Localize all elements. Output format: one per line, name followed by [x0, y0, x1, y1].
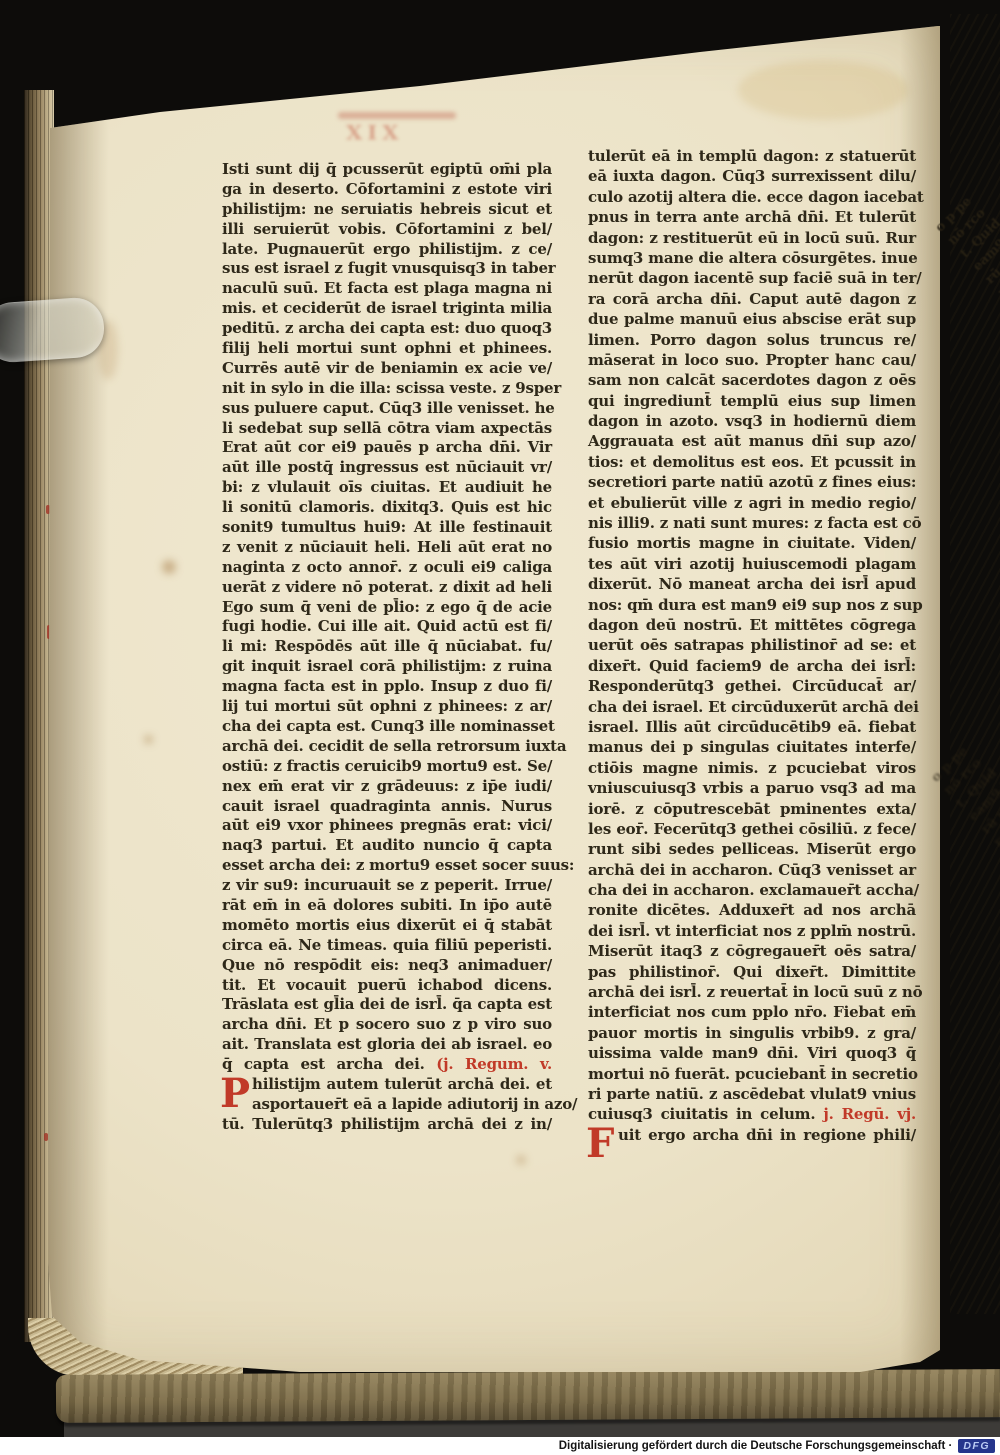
line-text: Aggrauata est aūt manus dn̄i sup azo/	[588, 432, 916, 450]
text-line: naculū suū. Et facta est plaga magna ni	[222, 279, 552, 299]
line-text: dixer̄t. Quid faciem9 de archa dei isrl̄…	[588, 657, 916, 675]
text-line: q̄ capta est archa dei. (j. Regum. v.	[222, 1055, 552, 1075]
stain-spot	[144, 735, 153, 744]
line-text: q̄ capta est archa dei.	[222, 1055, 436, 1073]
text-line: pauor mortis in singulis vrbib9. z gra/	[588, 1023, 916, 1043]
text-line: cuiusq3 ciuitatis in celum. j. Regū. vj.	[588, 1104, 916, 1124]
stain-spot	[162, 560, 176, 574]
text-line: li sonitū clamoris. dixitq3. Quis est hi…	[222, 498, 552, 518]
line-text: fugi hodie. Cui ille ait. Quid actū est …	[222, 617, 552, 635]
line-text: fusio mortis magne in ciuitate. Viden/	[588, 534, 916, 552]
text-line: vniuscuiusq3 vrbis a paruo vsq3 ad ma	[588, 778, 916, 798]
line-text: philistijm: ne seruiatis hebreis sicut e…	[222, 200, 552, 218]
line-text: hilistijm autem tulerūt archā dei. et	[252, 1075, 552, 1093]
text-line: ga in deserto. Cōfortamini z estote viri	[222, 180, 552, 200]
scanned-book-photo: { "page": { "header_ghost": "XIX", "left…	[0, 0, 1000, 1455]
fore-edge-fragment: o p pe	[932, 57, 1000, 237]
text-line: tes aūt viri azotij huiuscemodi plagam	[588, 554, 916, 574]
text-line: tulerūt eā in templū dagon: z statuerūt	[588, 146, 916, 166]
line-text: dixerūt. Nō maneat archa dei isrl̄ apud	[588, 575, 916, 593]
dfg-logo: DFG	[958, 1439, 995, 1453]
text-line: nex em̄ erat vir z grādeuus: z ip̄e iudi…	[222, 777, 552, 797]
text-line: rāt em̄ in eā dolores subiti. In ip̄o au…	[222, 896, 552, 916]
line-text: tios: et demolitus est eos. Et pcussit i…	[588, 453, 916, 471]
fore-edge-text-fragments: o p penō rcot. Quideam9 Rrū puincrcos fa…	[928, 607, 1000, 981]
fore-edge-fragment: eam9 R	[970, 96, 1000, 276]
text-line: philistijm: ne seruiatis hebreis sicut e…	[222, 200, 552, 220]
line-text: ronite dicētes. Adduxer̄t ad nos archā	[588, 901, 916, 919]
running-head-ghost: XIX	[346, 121, 403, 144]
line-text: asportauer̄t eā a lapide adiutorij in az…	[252, 1095, 577, 1113]
text-line: dei isrl̄. vt interficiat nos z pplm̄ no…	[588, 921, 916, 941]
line-text: sonit9 tumultus hui9: At ille festinauit	[222, 518, 552, 536]
text-line: uerāt z videre nō poterat. z dixit ad he…	[222, 578, 552, 598]
text-line: Miserūt itaq3 z cōgregauer̄t oēs satra/	[588, 941, 916, 961]
line-text: nos: qm̄ dura est man9 ei9 sup nos z sup	[588, 596, 923, 614]
line-text: li mi: Respōdēs aūt ille q̄ nūciabat. fu…	[222, 637, 552, 655]
text-line: sus puluere caput. Cūq3 ille venisset. h…	[222, 399, 552, 419]
line-text: dagon in azoto. vsq3 in hodiernū diem	[588, 412, 916, 430]
text-line: sonit9 tumultus hui9: At ille festinauit	[222, 518, 552, 538]
line-text: illi seruierūt vobis. Cōfortamini z bel/	[222, 220, 552, 238]
line-text: ait. Translata est gloria dei ab israel.…	[222, 1035, 552, 1053]
text-line: et ebulierūt ville z agri in medio regio…	[588, 493, 916, 513]
line-text: Miserūt itaq3 z cōgregauer̄t oēs satra/	[588, 942, 916, 960]
line-text: filij heli mortui sunt ophni et phinees.	[222, 339, 552, 357]
line-text: naculū suū. Et facta est plaga magna ni	[222, 279, 552, 297]
text-line: eā iuxta dagon. Cūq3 surrexissent dilu/	[588, 166, 916, 186]
line-text: sus puluere caput. Cūq3 ille venisset. h…	[222, 399, 555, 417]
text-line: Isti sunt dij q̄ pcusserūt egiptū om̄i p…	[222, 160, 552, 180]
text-line: nis illi9. z nati sunt mures: z facta es…	[588, 513, 916, 533]
fore-edge-fragment: rcos faci	[995, 122, 1000, 302]
text-line: ronite dicētes. Adduxer̄t ad nos archā	[588, 900, 916, 920]
book-page: XIX Isti sunt dij q̄ pcusserūt egiptū om…	[38, 20, 940, 1372]
line-text: nex em̄ erat vir z grādeuus: z ip̄e iudi…	[222, 777, 552, 795]
credit-text: Digitalisierung gefördert durch die Deut…	[559, 1440, 953, 1452]
text-line: ostiū: z fractis ceruicib9 mortu9 est. S…	[222, 757, 552, 777]
text-line: pas philistinor̄. Qui dixer̄t. Dimittite	[588, 962, 916, 982]
line-text: li sedebat sup sellā cōtra viam axpectās	[222, 419, 552, 437]
fore-edge-fragment: t. Quid	[953, 633, 1000, 813]
text-line: Philistijm autem tulerūt archā dei. et	[222, 1075, 552, 1095]
line-text: dagon: z restituerūt eū in locū suū. Rur	[588, 229, 916, 247]
line-text: manus dei p singulas ciuitates interfe/	[588, 738, 916, 756]
text-line: li mi: Respōdēs aūt ille q̄ nūciabat. fu…	[222, 637, 552, 657]
line-text: Trāslata est gl̄ia dei de isrl̄. q̄a cap…	[222, 995, 552, 1013]
book-bottom-board	[56, 1369, 1000, 1423]
text-line: momēto mortis eius dixerūt ei q̄ stabāt	[222, 916, 552, 936]
text-line: uissima valde man9 dn̄i. Viri quoq3 q̄	[588, 1043, 916, 1063]
line-text: culo azotij altera die. ecce dagon iaceb…	[588, 188, 924, 206]
fore-edge-fragment: nō rco	[941, 620, 1000, 800]
text-line: archā dei in accharon. Cūq3 venisset ar	[588, 860, 916, 880]
line-text: qui ingrediunt̄ templū eius sup limen	[588, 392, 916, 410]
text-line: peditū. z archa dei capta est: duo quoq3	[222, 319, 552, 339]
text-line: z vir su9: incuruauit se z peperit. Irru…	[222, 876, 552, 896]
line-text: due palme manuū eius abscise erāt sup	[588, 310, 916, 328]
line-text: Responderūtq3 gethei. Circūducat̄ ar/	[588, 677, 916, 695]
line-text: sus est israel z fugit vnusquisq3 in tab…	[222, 259, 556, 277]
line-text: ri parte natiū. z ascēdebat vlulat9 vniu…	[588, 1085, 916, 1103]
line-text: naq3 partui. Et audito nuncio q̄ capta	[222, 836, 552, 854]
text-line: qui ingrediunt̄ templū eius sup limen	[588, 391, 916, 411]
text-line: filij heli mortui sunt ophni et phinees.	[222, 339, 552, 359]
text-line: cauit israel quadraginta annis. Nurus	[222, 797, 552, 817]
line-text: li sonitū clamoris. dixitq3. Quis est hi…	[222, 498, 552, 516]
line-text: runt sibi sedes pelliceas. Miserūt ergo	[588, 840, 916, 858]
stain-spot	[516, 1155, 526, 1165]
line-text: limen. Porro dagon solus truncus re/	[588, 331, 916, 349]
text-line: israel. Illis aūt circūducētib9 eā. fieb…	[588, 717, 916, 737]
text-line: git inquit israel corā philistijm: z rui…	[222, 657, 552, 677]
line-text: ostiū: z fractis ceruicib9 mortu9 est. S…	[222, 757, 552, 775]
line-text: et ebulierūt ville z agri in medio regio…	[588, 494, 916, 512]
text-line: Trāslata est gl̄ia dei de isrl̄. q̄a cap…	[222, 995, 552, 1015]
edge-red-speck	[44, 1133, 48, 1141]
text-line: sus est israel z fugit vnusquisq3 in tab…	[222, 259, 552, 279]
line-text: aūt ille postq̄ ingressus est nūciauit v…	[222, 458, 552, 476]
line-text: git inquit israel corā philistijm: z rui…	[222, 657, 552, 675]
line-text: māserat in loco suo. Propter hanc cau/	[588, 351, 916, 369]
fore-edge-fragment: o p pe	[928, 607, 1000, 787]
text-line: dagon deū nostrū. Et mittētes cōgrega	[588, 615, 916, 635]
text-line: cha dei capta est. Cunq3 ille nominasset	[222, 717, 552, 737]
text-line: archa dn̄i. Et p socero suo z p viro suo	[222, 1015, 552, 1035]
line-text: vniuscuiusq3 vrbis a paruo vsq3 ad ma	[588, 779, 916, 797]
text-line: ctiōis magne nimis. z pcuciebat viros	[588, 758, 916, 778]
text-line: asportauer̄t eā a lapide adiutorij in az…	[222, 1095, 552, 1115]
text-line: nerūt dagon iacentē sup faciē suā in ter…	[588, 268, 916, 288]
running-head-ghost-smear	[338, 112, 456, 119]
line-text: secretiori parte natiū azotū z fines eiu…	[588, 473, 916, 491]
text-line: bi: z vlulauit oīs ciuitas. Et audiuit h…	[222, 478, 552, 498]
line-text: late. Pugnauerūt ergo philistijm. z ce/	[222, 240, 552, 258]
line-text: mis. et ceciderūt de israel triginta mil…	[222, 299, 552, 317]
line-text: iorē. z cōputrescebāt pminentes exta/	[588, 800, 916, 818]
text-line: lij tui mortui sūt ophni z phinees: z ar…	[222, 697, 552, 717]
fore-edge-fragment: eam9 R	[966, 646, 1000, 826]
text-line: cha dei israel. Et circūduxerūt archā de…	[588, 697, 916, 717]
text-line: dagon: z restituerūt eū in locū suū. Rur	[588, 228, 916, 248]
text-line: les eor̄. Fecerūtq3 gethei cōsiliū. z fe…	[588, 819, 916, 839]
text-line: Que nō respōdit eis: neq3 animaduer/	[222, 956, 552, 976]
line-text: uerāt z videre nō poterat. z dixit ad he…	[222, 578, 552, 596]
text-line: mis. et ceciderūt de israel triginta mil…	[222, 299, 552, 319]
text-line: nit in sylo in die illa: scissa veste. z…	[222, 379, 552, 399]
text-line: fusio mortis magne in ciuitate. Viden/	[588, 533, 916, 553]
text-line: due palme manuū eius abscise erāt sup	[588, 309, 916, 329]
line-text: nis illi9. z nati sunt mures: z facta es…	[588, 514, 921, 532]
text-line: Ego sum q̄ veni de pl̄io: z ego q̄ de ac…	[222, 598, 552, 618]
line-text: Que nō respōdit eis: neq3 animaduer/	[222, 956, 552, 974]
next-page-fore-edge: o p penō rcot. Quideam9 Rrū puincrcos fa…	[928, 14, 1000, 1314]
text-line: iorē. z cōputrescebāt pminentes exta/	[588, 799, 916, 819]
line-text: uissima valde man9 dn̄i. Viri quoq3 q̄	[588, 1044, 916, 1062]
line-text: ra corā archa dn̄i. Caput autē dagon z	[588, 290, 916, 308]
text-line: Fuit ergo archa dn̄i in regione phili/	[588, 1125, 916, 1145]
text-line: circa eā. Ne timeas. quia filiū peperist…	[222, 936, 552, 956]
line-text: pas philistinor̄. Qui dixer̄t. Dimittite	[588, 963, 916, 981]
line-text: cha dei in accharon. exclamauer̄t accha/	[588, 881, 919, 899]
text-line: tios: et demolitus est eos. Et pcussit i…	[588, 452, 916, 472]
text-line: mortui nō fuerāt. pcuciebant̄ in secreti…	[588, 1064, 916, 1084]
line-text: sumq3 mane die altera cōsurgētes. inue	[588, 249, 918, 267]
line-text: peditū. z archa dei capta est: duo quoq3	[222, 319, 552, 337]
line-text: Isti sunt dij q̄ pcusserūt egiptū om̄i p…	[222, 160, 552, 178]
line-text: israel. Illis aūt circūducētib9 eā. fieb…	[588, 718, 916, 736]
text-line: esset archa dei: z mortu9 esset socer su…	[222, 856, 552, 876]
line-text: momēto mortis eius dixerūt ei q̄ stabāt	[222, 916, 552, 934]
line-text: mortui nō fuerāt. pcuciebant̄ in secreti…	[588, 1065, 918, 1083]
fore-edge-fragment: nō rco	[945, 70, 1000, 250]
text-line: runt sibi sedes pelliceas. Miserūt ergo	[588, 839, 916, 859]
text-line: ra corā archa dn̄i. Caput autē dagon z	[588, 289, 916, 309]
line-text: nerūt dagon iacentē sup faciē suā in ter…	[588, 269, 922, 287]
line-text: dei isrl̄. vt interficiat nos z pplm̄ no…	[588, 922, 916, 940]
line-text: lij tui mortui sūt ophni z phinees: z ar…	[222, 697, 552, 715]
fore-edge-fragment: rcos faci	[991, 672, 1000, 852]
text-line: sumq3 mane die altera cōsurgētes. inue	[588, 248, 916, 268]
line-text: cha dei israel. Et circūduxerūt archā de…	[588, 698, 919, 716]
line-text: tulerūt eā in templū dagon: z statuerūt	[588, 147, 916, 165]
text-line: manus dei p singulas ciuitates interfe/	[588, 737, 916, 757]
fore-edge-text-fragments: o p penō rcot. Quideam9 Rrū puincrcos fa…	[932, 57, 1000, 431]
text-line: uerūt oēs satrapas philistinor̄ ad se: e…	[588, 635, 916, 655]
line-text: circa eā. Ne timeas. quia filiū peperist…	[222, 936, 552, 954]
text-line: ait. Translata est gloria dei ab israel.…	[222, 1035, 552, 1055]
line-text: z vir su9: incuruauit se z peperit. Irru…	[222, 876, 552, 894]
text-line: archā dei isrl̄. z reuertat̄ in locū suū…	[588, 982, 916, 1002]
text-line: nos: qm̄ dura est man9 ei9 sup nos z sup	[588, 595, 916, 615]
stain-spot	[738, 60, 908, 120]
line-text: nit in sylo in die illa: scissa veste. z…	[222, 379, 561, 397]
fore-edge-fragment: rū puinc	[982, 109, 1000, 289]
text-line: dixerūt. Nō maneat archa dei isrl̄ apud	[588, 574, 916, 594]
line-text: dagon deū nostrū. Et mittētes cōgrega	[588, 616, 916, 634]
line-text: cha dei capta est. Cunq3 ille nominasset	[222, 717, 555, 735]
line-text: bi: z vlulauit oīs ciuitas. Et audiuit h…	[222, 478, 552, 496]
line-text: eā iuxta dagon. Cūq3 surrexissent dilu/	[588, 167, 916, 185]
line-text: ctiōis magne nimis. z pcuciebat viros	[588, 759, 916, 777]
text-line: magna facta est in pplo. Insup z duo fi/	[222, 677, 552, 697]
line-text: rāt em̄ in eā dolores subiti. In ip̄o au…	[222, 896, 552, 914]
text-line: tū. Tulerūtq3 philistijm archā dei z in/	[222, 1115, 552, 1135]
fore-edge-fragment: rū puinc	[978, 659, 1000, 839]
text-line: late. Pugnauerūt ergo philistijm. z ce/	[222, 240, 552, 260]
text-line: naginta z octo annor̄. z oculi ei9 calig…	[222, 558, 552, 578]
line-text: uit ergo archa dn̄i in regione phili/	[618, 1126, 916, 1144]
line-text: sam non calcāt sacerdotes dagon z oēs	[588, 371, 916, 389]
text-line: Currēs autē vir de beniamin ex acie ve/	[222, 359, 552, 379]
line-text: interficiat nos cum pplo nr̄o. Fiebat em…	[588, 1003, 916, 1021]
rubric-initial: F	[586, 1125, 614, 1163]
line-text: magna facta est in pplo. Insup z duo fi/	[222, 677, 552, 695]
line-text: tū. Tulerūtq3 philistijm archā dei z in/	[222, 1115, 552, 1133]
text-line: illi seruierūt vobis. Cōfortamini z bel/	[222, 220, 552, 240]
line-text: z venit z nūciauit heli. Heli aūt erat n…	[222, 538, 552, 556]
line-text: uerūt oēs satrapas philistinor̄ ad se: e…	[588, 636, 916, 654]
line-text: archa dn̄i. Et p socero suo z p viro suo	[222, 1015, 552, 1033]
text-line: māserat in loco suo. Propter hanc cau/	[588, 350, 916, 370]
text-line: fugi hodie. Cui ille ait. Quid actū est …	[222, 617, 552, 637]
line-text: Ego sum q̄ veni de pl̄io: z ego q̄ de ac…	[222, 598, 552, 616]
text-line: Responderūtq3 gethei. Circūducat̄ ar/	[588, 676, 916, 696]
text-line: tit. Et vocauit puerū ichabod dicens.	[222, 976, 552, 996]
rubric-reference: j. Regū. vj.	[823, 1105, 916, 1123]
line-text: cauit israel quadraginta annis. Nurus	[222, 797, 552, 815]
line-text: les eor̄. Fecerūtq3 gethei cōsiliū. z fe…	[588, 820, 916, 838]
text-line: z venit z nūciauit heli. Heli aūt erat n…	[222, 538, 552, 558]
text-line: culo azotij altera die. ecce dagon iaceb…	[588, 187, 916, 207]
digitization-credit-bar: Digitalisierung gefördert durch die Deut…	[0, 1437, 1000, 1455]
text-line: ri parte natiū. z ascēdebat vlulat9 vniu…	[588, 1084, 916, 1104]
text-line: sam non calcāt sacerdotes dagon z oēs	[588, 370, 916, 390]
line-text: naginta z octo annor̄. z oculi ei9 calig…	[222, 558, 552, 576]
text-column-right: tulerūt eā in templū dagon: z statuerūte…	[588, 146, 916, 1145]
line-text: tit. Et vocauit puerū ichabod dicens.	[222, 976, 552, 994]
text-line: aūt ei9 vxor phinees pregnās erat: vici/	[222, 816, 552, 836]
line-text: Currēs autē vir de beniamin ex acie ve/	[222, 359, 552, 377]
text-line: Erat aūt cor ei9 pauēs p archa dn̄i. Vir	[222, 438, 552, 458]
text-line: li sedebat sup sellā cōtra viam axpectās	[222, 419, 552, 439]
line-text: esset archa dei: z mortu9 esset socer su…	[222, 856, 574, 874]
text-line: secretiori parte natiū azotū z fines eiu…	[588, 472, 916, 492]
line-text: archā dei in accharon. Cūq3 venisset ar	[588, 861, 916, 879]
line-text: Erat aūt cor ei9 pauēs p archa dn̄i. Vir	[222, 438, 552, 456]
text-line: archā dei. cecidit de sella retrorsum iu…	[222, 737, 552, 757]
text-line: interficiat nos cum pplo nr̄o. Fiebat em…	[588, 1002, 916, 1022]
line-text: pnus in terra ante archā dn̄i. Et tulerū…	[588, 208, 916, 226]
line-text: ga in deserto. Cōfortamini z estote viri	[222, 180, 552, 198]
rubric-reference: (j. Regum. v.	[436, 1055, 552, 1073]
line-text: pauor mortis in singulis vrbib9. z gra/	[588, 1024, 916, 1042]
text-line: Aggrauata est aūt manus dn̄i sup azo/	[588, 431, 916, 451]
text-line: limen. Porro dagon solus truncus re/	[588, 330, 916, 350]
text-column-left: Isti sunt dij q̄ pcusserūt egiptū om̄i p…	[222, 160, 552, 1135]
text-line: dagon in azoto. vsq3 in hodiernū diem	[588, 411, 916, 431]
text-line: cha dei in accharon. exclamauer̄t accha/	[588, 880, 916, 900]
line-text: archā dei isrl̄. z reuertat̄ in locū suū…	[588, 983, 922, 1001]
line-text: aūt ei9 vxor phinees pregnās erat: vici/	[222, 816, 552, 834]
text-line: dixer̄t. Quid faciem9 de archa dei isrl̄…	[588, 656, 916, 676]
text-line: pnus in terra ante archā dn̄i. Et tulerū…	[588, 207, 916, 227]
line-text: tes aūt viri azotij huiuscemodi plagam	[588, 555, 916, 573]
fore-edge-fragment: t. Quid	[957, 83, 1000, 263]
line-text: cuiusq3 ciuitatis in celum.	[588, 1105, 823, 1123]
text-line: naq3 partui. Et audito nuncio q̄ capta	[222, 836, 552, 856]
line-text: archā dei. cecidit de sella retrorsum iu…	[222, 737, 566, 755]
text-line: aūt ille postq̄ ingressus est nūciauit v…	[222, 458, 552, 478]
